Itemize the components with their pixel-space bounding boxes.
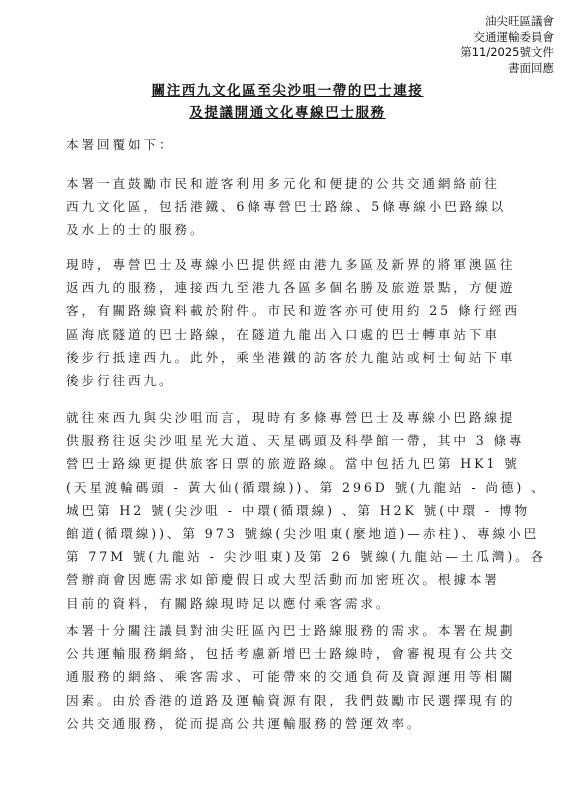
paragraph-intro: 本署回覆如下： (66, 133, 506, 156)
paper-number: 第11/2025號文件 (460, 45, 554, 61)
text-line: 城巴第 H2 號(尖沙咀 - 中環(循環線) 、第 H2K 號(中環 - 博物 (66, 499, 506, 522)
document-header: 油尖旺區議會 交通運輸委員會 第11/2025號文件 書面回應 (460, 14, 554, 76)
text-line: 及水上的士的服務。 (66, 218, 506, 241)
text-line: 公共運輸服務網絡，包括考慮新增巴士路線時，會審視現有公共交 (66, 642, 506, 665)
document-title-line-2: 及提議開通文化專線巴士服務 (0, 101, 575, 121)
text-line: 客，有關路線資料載於附件。市民和遊客亦可使用約 25 條行經西 (66, 299, 506, 322)
paragraph-current-services: 現時，專營巴士及專線小巴提供經由港九多區及新界的將軍澳區往 返西九的服務，連接西… (66, 253, 506, 392)
text-line: 後步行抵達西九。此外，乘坐港鐵的訪客於九龍站或柯士甸站下車 (66, 346, 506, 369)
text-line: 因素。由於香港的道路及運輸資源有限，我們鼓勵市民選擇現有的 (66, 689, 506, 712)
text-line: 供服務往返尖沙咀星光大道、天星碼頭及科學館一帶，其中 3 條專 (66, 429, 506, 452)
text-line: 區海底隧道的巴士路線，在隧道九龍出入口處的巴士轉車站下車 (66, 323, 506, 346)
text-line: 西九文化區，包括港鐵、6條專營巴士路線、5條專線小巴路線以 (66, 195, 506, 218)
text-line: 本署回覆如下： (66, 133, 506, 156)
text-line: 館道(循環線))、第 973 號線(尖沙咀東(麼地道)—赤柱)、專線小巴 (66, 522, 506, 545)
text-line: 營辦商會因應需求如節慶假日或大型活動而加密班次。根據本署 (66, 568, 506, 591)
document-title-line-1: 關注西九文化區至尖沙咀一帶的巴士連接 (0, 79, 575, 99)
paragraph-transport-network: 本署一直鼓勵市民和遊客利用多元化和便捷的公共交通網絡前往 西九文化區，包括港鐵、… (66, 172, 506, 242)
text-line: 公共交通服務，從而提高公共運輸服務的營運效率。 (66, 712, 506, 735)
text-line: (天星渡輪碼頭 - 黃大仙(循環線))、第 296D 號(九龍站 - 尚德) 、 (66, 476, 506, 499)
committee-name: 交通運輸委員會 (460, 30, 554, 46)
text-line: 本署十分關注議員對油尖旺區內巴士路線服務的需求。本署在規劃 (66, 619, 506, 642)
council-name: 油尖旺區議會 (460, 14, 554, 30)
text-line: 本署一直鼓勵市民和遊客利用多元化和便捷的公共交通網絡前往 (66, 172, 506, 195)
paragraph-planning-considerations: 本署十分關注議員對油尖旺區內巴士路線服務的需求。本署在規劃 公共運輸服務網絡，包… (66, 619, 506, 735)
document-type: 書面回應 (460, 61, 554, 77)
text-line: 營巴士路線更提供旅客日票的旅遊路線。當中包括九巴第 HK1 號 (66, 452, 506, 475)
paragraph-tsim-sha-tsui-routes: 就往來西九與尖沙咀而言，現時有多條專營巴士及專線小巴路線提 供服務往返尖沙咀星光… (66, 406, 506, 615)
text-line: 第 77M 號(九龍站 - 尖沙咀東)及第 26 號線(九龍站—土瓜灣)。各 (66, 545, 506, 568)
text-line: 就往來西九與尖沙咀而言，現時有多條專營巴士及專線小巴路線提 (66, 406, 506, 429)
text-line: 通服務的網絡、乘客需求、可能帶來的交通負荷及資源運用等相關 (66, 665, 506, 688)
text-line: 返西九的服務，連接西九至港九各區多個名勝及旅遊景點，方便遊 (66, 276, 506, 299)
text-line: 現時，專營巴士及專線小巴提供經由港九多區及新界的將軍澳區往 (66, 253, 506, 276)
text-line: 目前的資料，有關路線現時足以應付乘客需求。 (66, 592, 506, 615)
text-line: 後步行往西九。 (66, 369, 506, 392)
